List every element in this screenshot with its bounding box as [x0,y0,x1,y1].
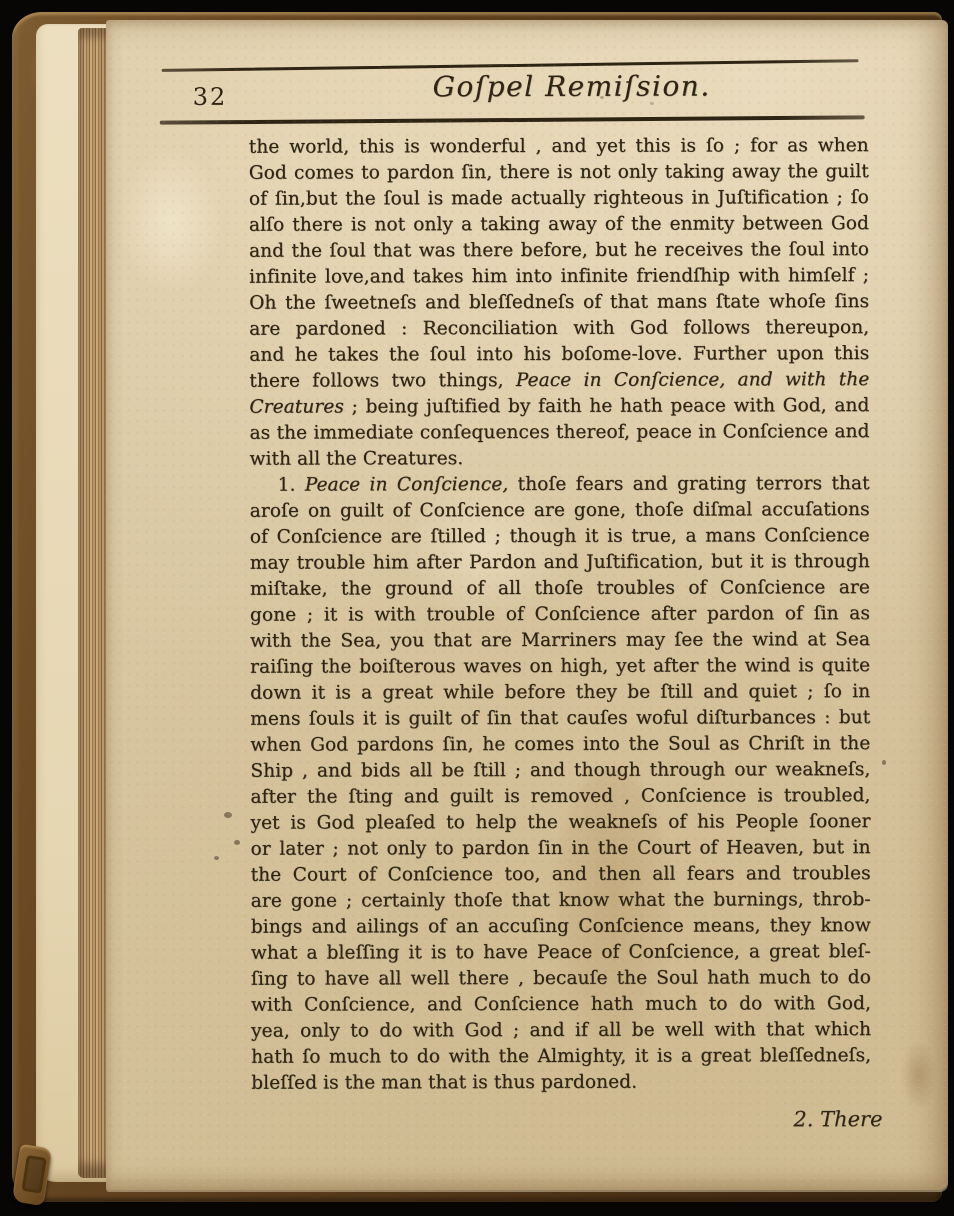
running-title: Goſpel Remiſsion. [433,70,711,104]
text-line: Creatures ; being juſtified by faith he … [249,393,869,421]
text-line: what a bleſſing it is to have Peace of C… [251,939,871,967]
text-line: are gone ; certainly thoſe that know wha… [251,887,871,915]
text-line: are pardoned : Reconciliation with God f… [249,315,869,343]
text-line: yet is God pleaſed to help the weakneſs … [251,809,871,837]
text-line: bings and ailings of an accuſing Conſcie… [251,913,871,941]
catchword: 2. There [793,1107,882,1131]
text-line: infinite love,and takes him into infinit… [249,263,869,291]
printed-text-layer: 32 Goſpel Remiſsion. the world, this is … [104,19,949,1191]
text-line: 1. Peace in Conſcience, thoſe fears and … [250,471,870,499]
text-line: or later ; not only to pardon ſin in the… [251,835,871,863]
text-line: God comes to pardon ſin, there is not on… [249,159,869,187]
body-text: the world, this is wonderful , and yet t… [249,133,872,1097]
text-line: yea, only to do with God ; and if all be… [251,1017,871,1045]
text-line: after the ſting and guilt is removed , C… [250,783,870,811]
text-line: of ſin,but the ſoul is made actually rig… [249,185,869,213]
text-line: down it is a great while before they be … [250,679,870,707]
text-line: with Conſcience, and Conſcience hath muc… [251,991,871,1019]
text-line: bleſſed is the man that is thus pardoned… [251,1069,871,1097]
text-line: and the ſoul that was there before, but … [249,237,869,265]
text-line: may trouble him after Pardon and Juſtifi… [250,549,870,577]
text-line: gone ; it is with trouble of Conſcience … [250,601,870,629]
page-number: 32 [193,83,228,111]
text-line: there follows two things, Peace in Conſc… [249,367,869,395]
text-line: alſo there is not only a taking away of … [249,211,869,239]
text-line: Ship , and bids all be ſtill ; and thoug… [250,757,870,785]
text-line: Oh the ſweetneſs and bleſſedneſs of that… [249,289,869,317]
text-line: raiſing the boiſterous waves on high, ye… [250,653,870,681]
text-line: aroſe on guilt of Conſcience are gone, t… [250,497,870,525]
text-line: the world, this is wonderful , and yet t… [249,133,869,161]
text-line: of Conſcience are ſtilled ; though it is… [250,523,870,551]
text-line: with the Sea, you that are Marriners may… [250,627,870,655]
header-rule-bottom [160,115,865,124]
text-line: miſtake, the ground of all thoſe trouble… [250,575,870,603]
text-line: mens ſouls it is guilt of ſin that cauſe… [250,705,870,733]
fore-edge-page-stack [78,28,108,1178]
book-page: 32 Goſpel Remiſsion. the world, this is … [106,20,948,1190]
text-line: hath ſo much to do with the Almighty, it… [251,1043,871,1071]
text-line: ſing to have all well there , becauſe th… [251,965,871,993]
text-line: as the immediate conſequences thereof, p… [250,419,870,447]
book-photo: 32 Goſpel Remiſsion. the world, this is … [0,0,954,1216]
text-line: the Court of Conſcience too, and then al… [251,861,871,889]
text-line: when God pardons ſin, he comes into the … [250,731,870,759]
text-line: with all the Creatures. [250,445,870,473]
text-line: and he takes the ſoul into his boſome-lo… [249,341,869,369]
